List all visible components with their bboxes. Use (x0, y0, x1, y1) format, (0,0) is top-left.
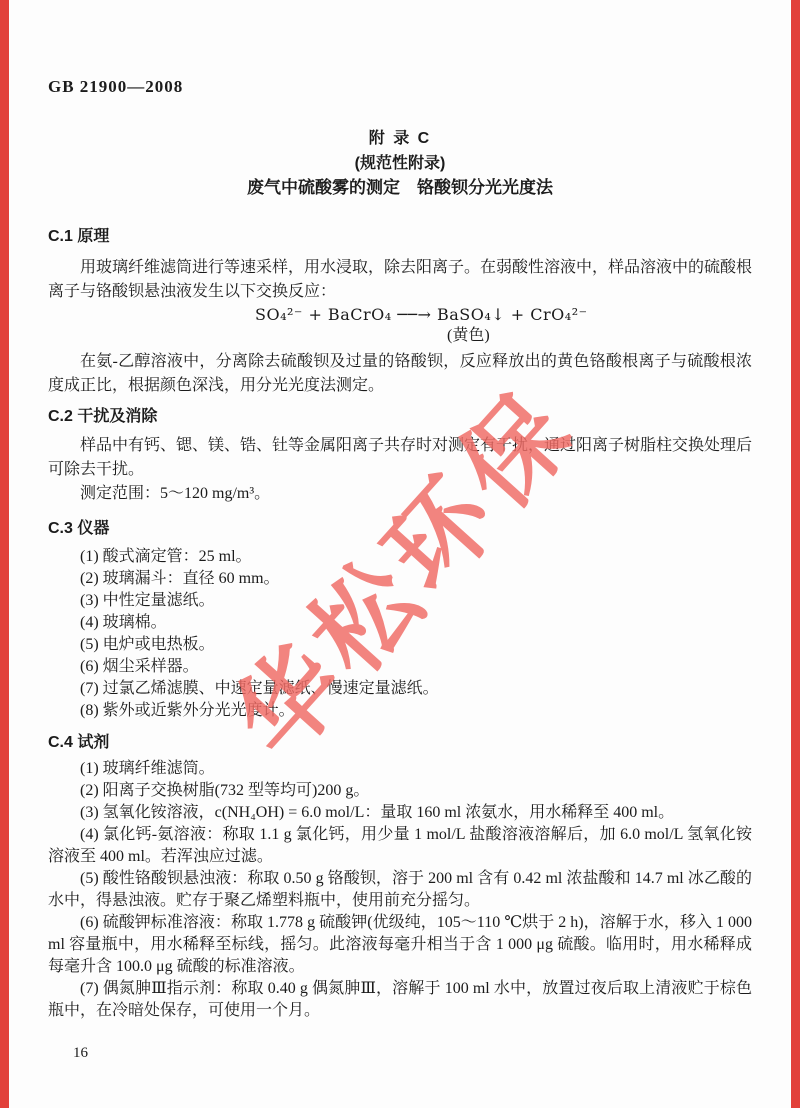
c4-reagent-list: (1) 玻璃纤维滤筒。 (2) 阳离子交换树脂(732 型等均可)200 g。 … (48, 758, 752, 1022)
list-item: (4) 玻璃棉。 (48, 612, 752, 634)
section-c4-heading: C.4 试剂 (48, 732, 752, 754)
section-c1-heading: C.1 原理 (48, 226, 752, 248)
list-item: (1) 玻璃纤维滤筒。 (48, 758, 752, 780)
chemical-equation: SO₄²⁻ + BaCrO₄ ──→ BaSO₄↓ + CrO₄²⁻ (255, 304, 752, 326)
c2-measure-range: 测定范围：5～120 mg/m³。 (48, 482, 752, 506)
scan-edge-bar-right (791, 0, 800, 1108)
list-item: (4) 氯化钙-氨溶液：称取 1.1 g 氯化钙，用少量 1 mol/L 盐酸溶… (48, 824, 752, 868)
appendix-title: 附 录 C (48, 128, 752, 149)
c1-paragraph-2: 在氨-乙醇溶液中，分离除去硫酸钡及过量的铬酸钡，反应释放出的黄色铬酸根离子与硫酸… (48, 350, 752, 398)
list-item: (5) 电炉或电热板。 (48, 634, 752, 656)
equation-note-yellow: (黄色) (447, 326, 752, 346)
c1-paragraph-1: 用玻璃纤维滤筒进行等速采样，用水浸取，除去阳离子。在弱酸性溶液中，样品溶液中的硫… (48, 256, 752, 304)
standard-number: GB 21900—2008 (48, 76, 752, 98)
section-c3-heading: C.3 仪器 (48, 518, 752, 540)
list-item: (3) 氢氧化铵溶液，c(NH₄OH) = 6.0 mol/L：量取 160 m… (48, 802, 752, 824)
scan-edge-bar-left (0, 0, 9, 1108)
list-item: (6) 烟尘采样器。 (48, 656, 752, 678)
page-content: GB 21900—2008 附 录 C (规范性附录) 废气中硫酸雾的测定 铬酸… (0, 0, 800, 1022)
c2-paragraph-1: 样品中有钙、锶、镁、锆、钍等金属阳离子共存时对测定有干扰，通过阳离子树脂柱交换处… (48, 434, 752, 482)
list-item: (2) 玻璃漏斗：直径 60 mm。 (48, 568, 752, 590)
list-item: (7) 偶氮胂Ⅲ指示剂：称取 0.40 g 偶氮胂Ⅲ，溶解于 100 ml 水中… (48, 978, 752, 1022)
list-item: (5) 酸性铬酸钡悬浊液：称取 0.50 g 铬酸钡，溶于 200 ml 含有 … (48, 868, 752, 912)
list-item: (2) 阳离子交换树脂(732 型等均可)200 g。 (48, 780, 752, 802)
list-item: (3) 中性定量滤纸。 (48, 590, 752, 612)
list-item: (8) 紫外或近紫外分光光度计。 (48, 700, 752, 722)
list-item: (1) 酸式滴定管：25 ml。 (48, 546, 752, 568)
appendix-type: (规范性附录) (48, 153, 752, 174)
list-item: (7) 过氯乙烯滤膜、中速定量滤纸、慢速定量滤纸。 (48, 678, 752, 700)
page-number: 16 (73, 1044, 88, 1062)
appendix-name: 废气中硫酸雾的测定 铬酸钡分光光度法 (48, 177, 752, 198)
document-page: 华松环保 GB 21900—2008 附 录 C (规范性附录) 废气中硫酸雾的… (0, 0, 800, 1108)
section-c2-heading: C.2 干扰及消除 (48, 406, 752, 428)
c3-instrument-list: (1) 酸式滴定管：25 ml。 (2) 玻璃漏斗：直径 60 mm。 (3) … (48, 546, 752, 722)
list-item: (6) 硫酸钾标准溶液：称取 1.778 g 硫酸钾(优级纯，105～110 ℃… (48, 912, 752, 978)
